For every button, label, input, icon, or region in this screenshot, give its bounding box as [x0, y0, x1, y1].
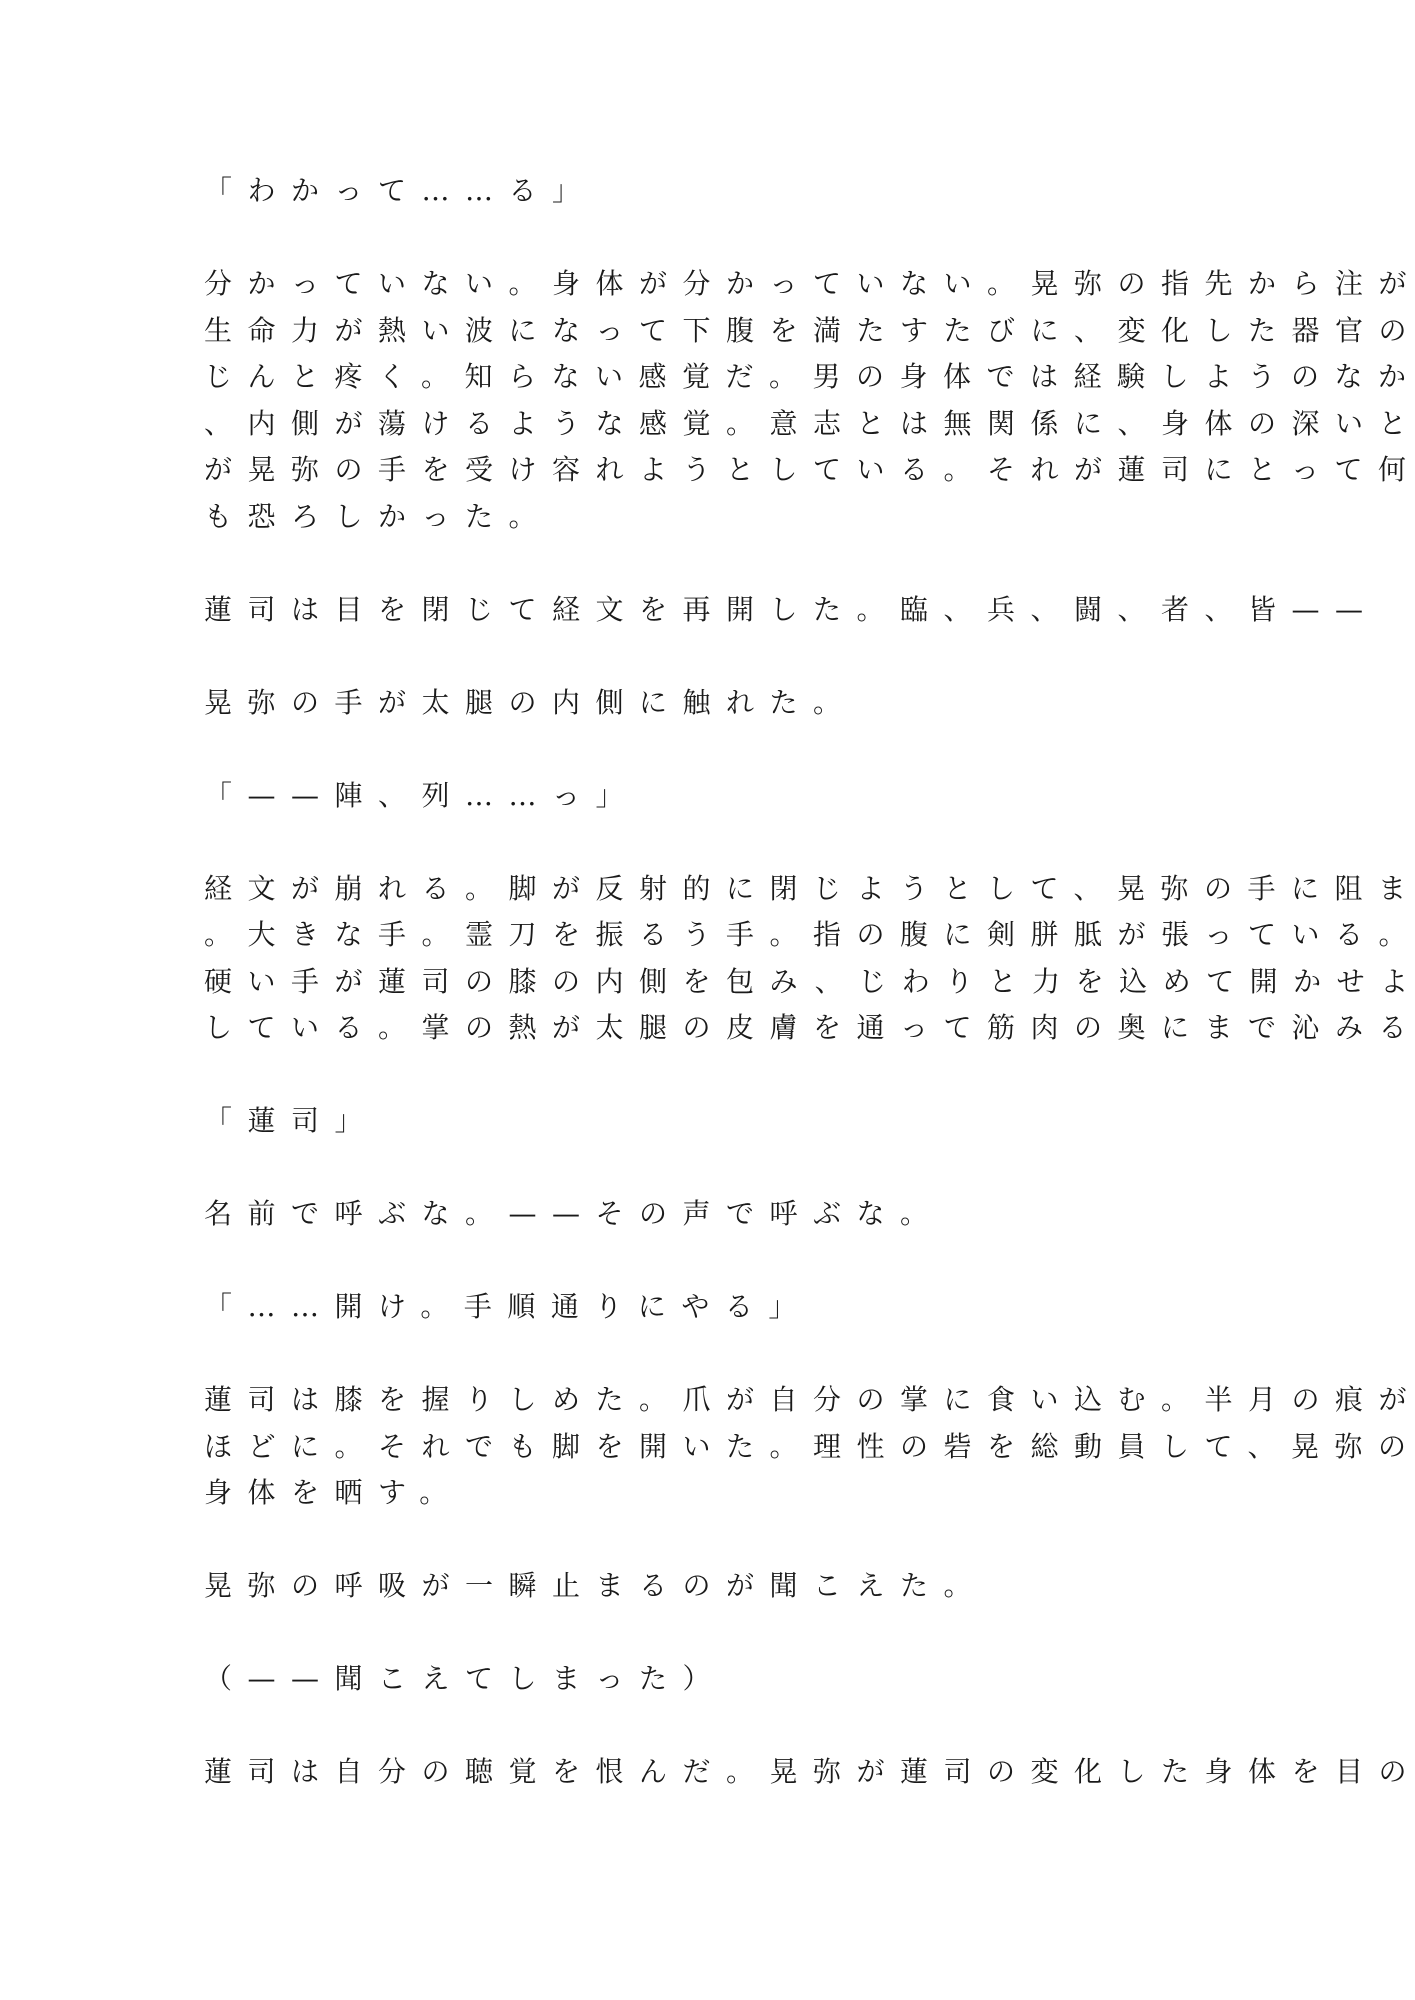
- text-line: ほどに。それでも脚を開いた。理性の砦を総動員して、晃弥の前に: [204, 1424, 1184, 1471]
- dialogue-paragraph: 「——陣、列……っ」: [204, 773, 1184, 820]
- text-line: （——聞こえてしまった）: [204, 1656, 1184, 1703]
- text-line: 「——陣、列……っ」: [204, 773, 1184, 820]
- narrative-paragraph: 晃弥の呼吸が一瞬止まるのが聞こえた。: [204, 1563, 1184, 1610]
- text-line: じんと疼く。知らない感覚だ。男の身体では経験しようのなかった: [204, 354, 1184, 401]
- text-line: 硬い手が蓮司の膝の内側を包み、じわりと力を込めて開かせようと: [204, 959, 1184, 1006]
- text-line: 晃弥の呼吸が一瞬止まるのが聞こえた。: [204, 1563, 1184, 1610]
- text-line: 蓮司は自分の聴覚を恨んだ。晃弥が蓮司の変化した身体を目の前に: [204, 1749, 1184, 1796]
- narrative-paragraph: 経文が崩れる。脚が反射的に閉じようとして、晃弥の手に阻まれた 。大きな手。霊刀を…: [204, 866, 1184, 1052]
- text-line: 。大きな手。霊刀を振るう手。指の腹に剣胼胝が張っている。その: [204, 912, 1184, 959]
- narrative-paragraph: 蓮司は膝を握りしめた。爪が自分の掌に食い込む。半月の痕が残る ほどに。それでも脚…: [204, 1377, 1184, 1517]
- text-line: 経文が崩れる。脚が反射的に閉じようとして、晃弥の手に阻まれた: [204, 866, 1184, 913]
- text-line: 身体を晒す。: [204, 1470, 1184, 1517]
- text-line: 、内側が蕩けるような感覚。意志とは無関係に、身体の深いところ: [204, 401, 1184, 448]
- text-line: している。掌の熱が太腿の皮膚を通って筋肉の奥にまで沁みる。: [204, 1005, 1184, 1052]
- text-line: 蓮司は膝を握りしめた。爪が自分の掌に食い込む。半月の痕が残る: [204, 1377, 1184, 1424]
- narrative-paragraph: 蓮司は目を閉じて経文を再開した。臨、兵、闘、者、皆——: [204, 587, 1184, 634]
- text-line: も恐ろしかった。: [204, 494, 1184, 541]
- text-line: 晃弥の手が太腿の内側に触れた。: [204, 680, 1184, 727]
- text-line: 「わかって……る」: [204, 168, 1184, 215]
- narrative-paragraph: 蓮司は自分の聴覚を恨んだ。晃弥が蓮司の変化した身体を目の前に: [204, 1749, 1184, 1796]
- text-line: 蓮司は目を閉じて経文を再開した。臨、兵、闘、者、皆——: [204, 587, 1184, 634]
- narrative-paragraph: 名前で呼ぶな。——その声で呼ぶな。: [204, 1191, 1184, 1238]
- text-line: 「蓮司」: [204, 1098, 1184, 1145]
- text-line: 分かっていない。身体が分かっていない。晃弥の指先から注がれる: [204, 261, 1184, 308]
- text-line: 生命力が熱い波になって下腹を満たすたびに、変化した器官の奥が: [204, 308, 1184, 355]
- text-line: 「……開け。手順通りにやる」: [204, 1284, 1184, 1331]
- narrative-paragraph: 分かっていない。身体が分かっていない。晃弥の指先から注がれる 生命力が熱い波にな…: [204, 261, 1184, 540]
- narrative-paragraph: 晃弥の手が太腿の内側に触れた。: [204, 680, 1184, 727]
- text-line: 名前で呼ぶな。——その声で呼ぶな。: [204, 1191, 1184, 1238]
- dialogue-paragraph: 「蓮司」: [204, 1098, 1184, 1145]
- inner-thought-paragraph: （——聞こえてしまった）: [204, 1656, 1184, 1703]
- document-page: 「わかって……る」 分かっていない。身体が分かっていない。晃弥の指先から注がれる…: [204, 168, 1184, 1842]
- dialogue-paragraph: 「……開け。手順通りにやる」: [204, 1284, 1184, 1331]
- dialogue-paragraph: 「わかって……る」: [204, 168, 1184, 215]
- text-line: が晃弥の手を受け容れようとしている。それが蓮司にとって何より: [204, 447, 1184, 494]
